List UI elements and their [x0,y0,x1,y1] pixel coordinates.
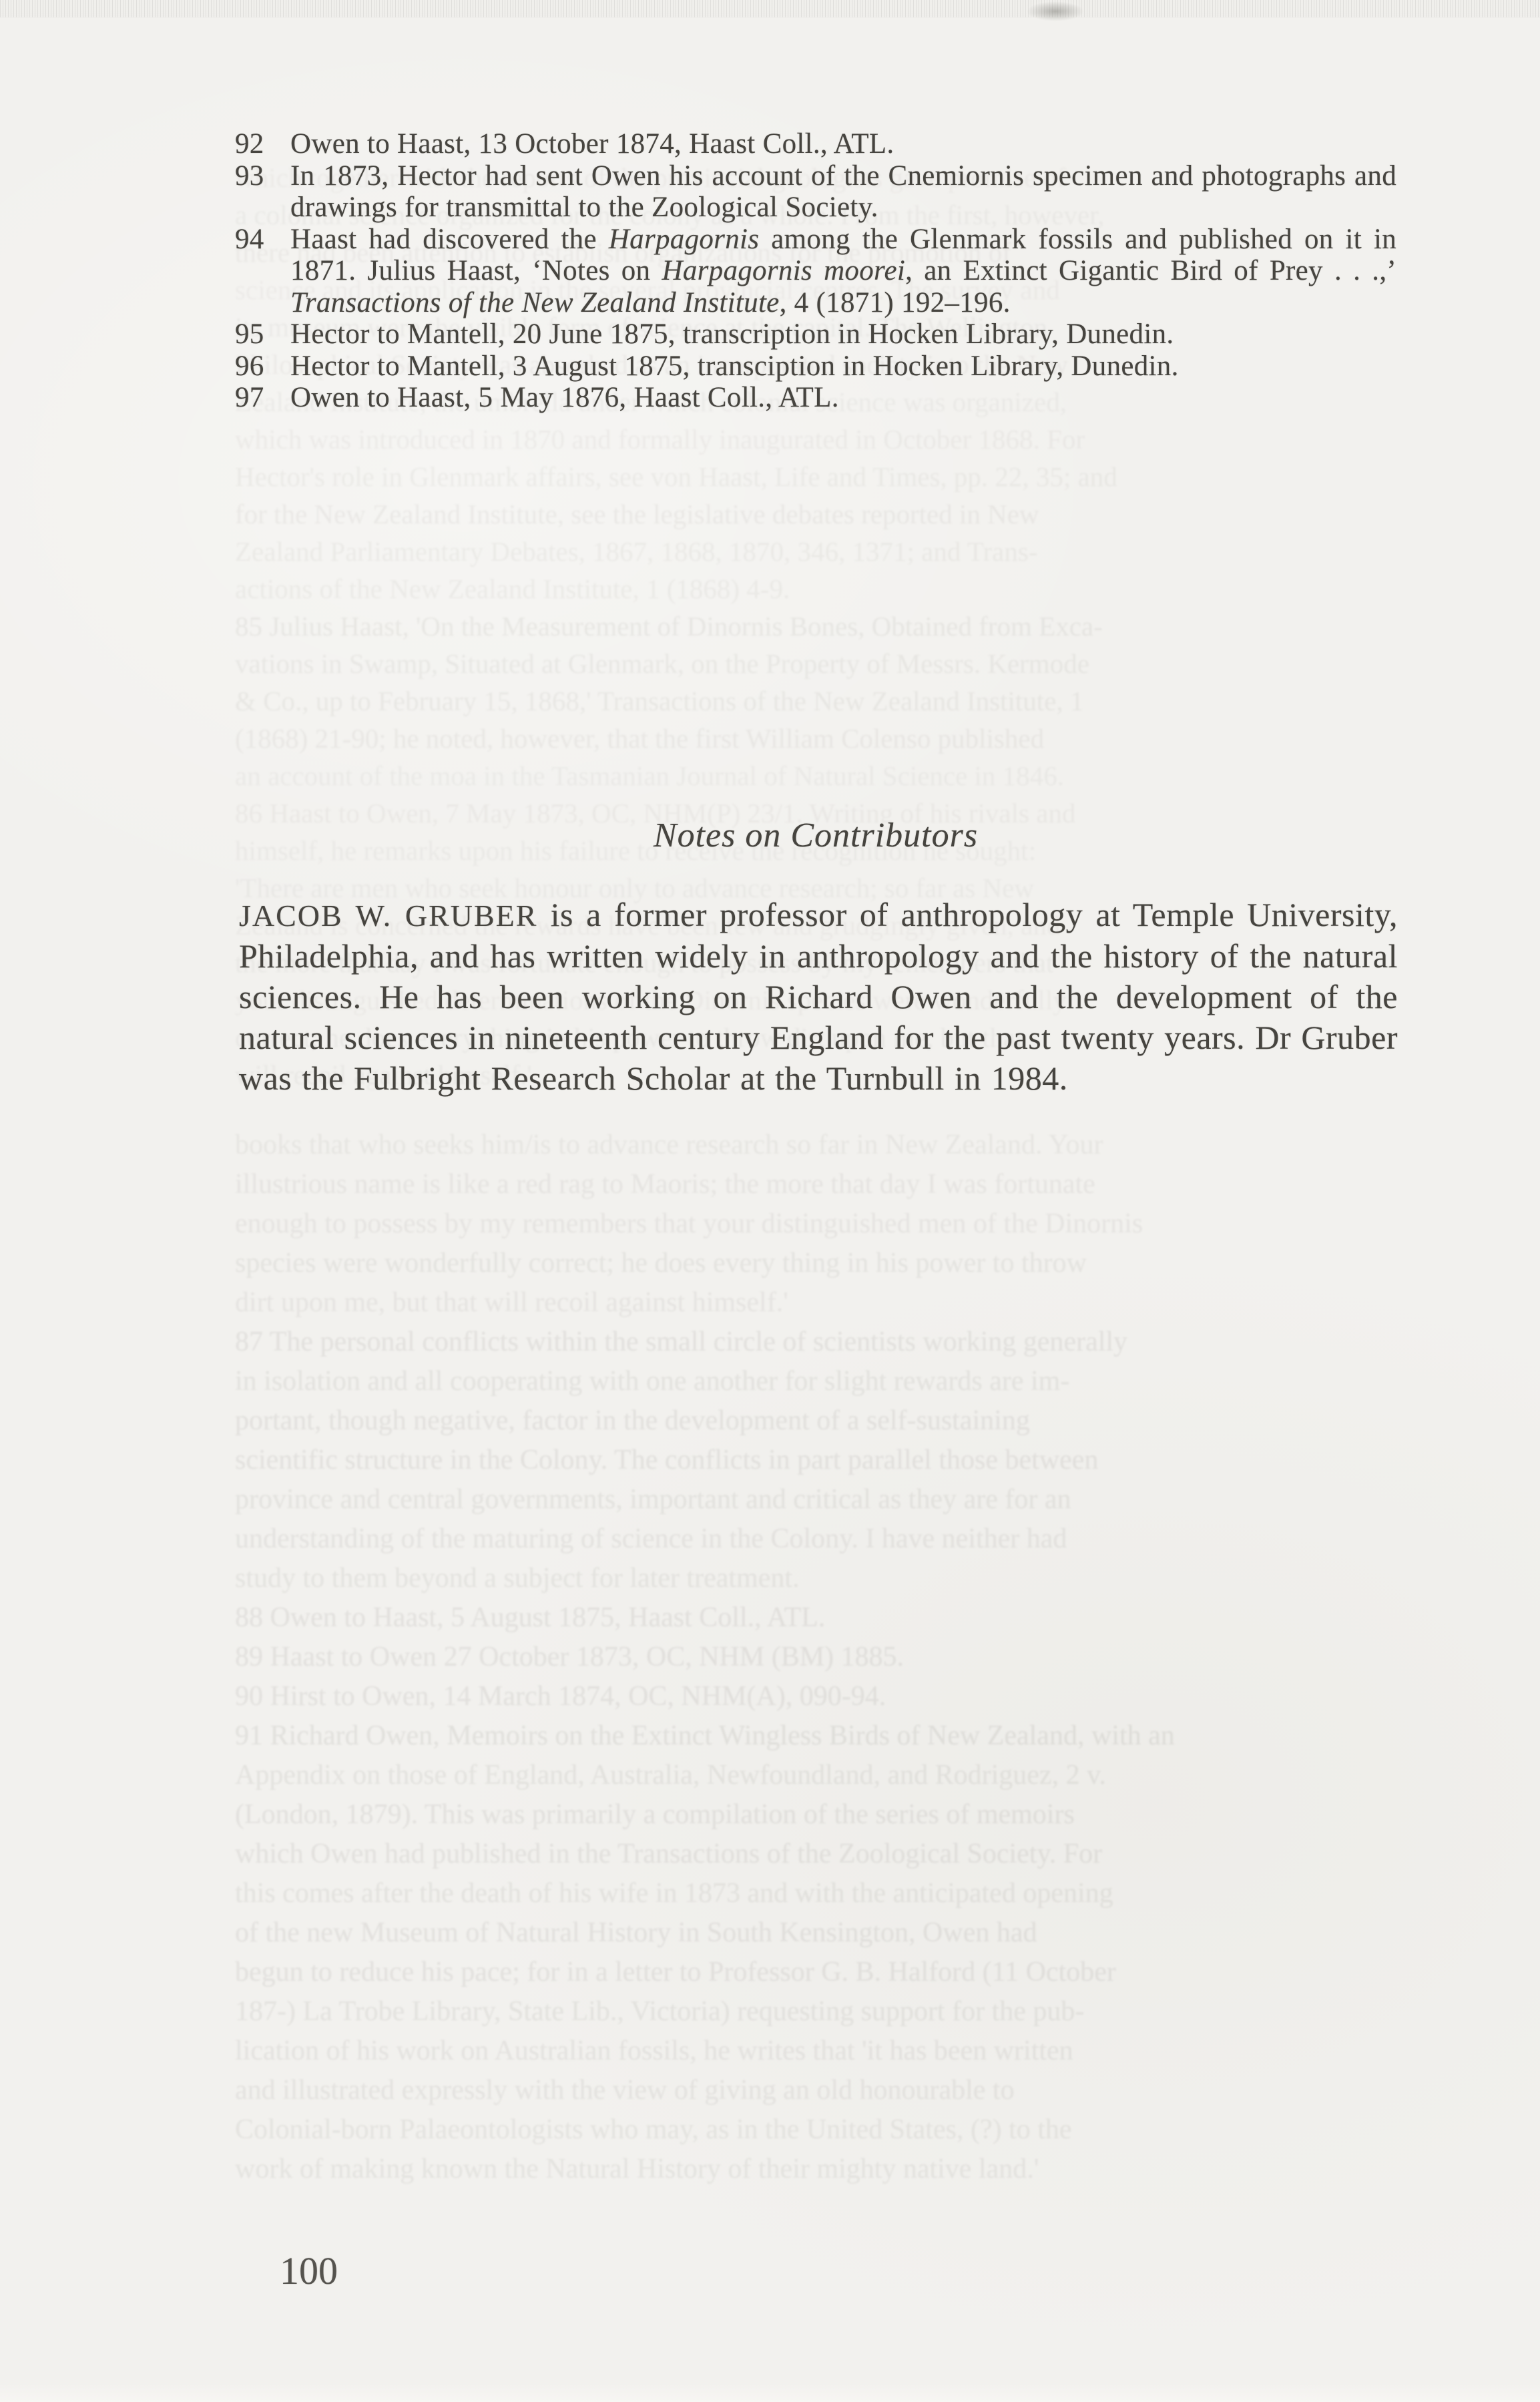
endnote-item: 92Owen to Haast, 13 October 1874, Haast … [235,128,1396,160]
page-number: 100 [280,2251,338,2291]
endnote-number: 97 [235,382,264,414]
endnote-number: 95 [235,318,264,350]
endnote-item: 93In 1873, Hector had sent Owen his acco… [235,160,1396,224]
endnote-text: Hector to Mantell, 3 August 1875, transc… [290,350,1179,382]
contributor-paragraph: JACOB W. GRUBER is a former professor of… [239,895,1398,1099]
endnotes-list: 92Owen to Haast, 13 October 1874, Haast … [235,128,1396,414]
endnote-number: 93 [235,160,264,192]
scan-smudge [1027,1,1084,21]
endnote-item: 95Hector to Mantell, 20 June 1875, trans… [235,318,1396,350]
endnote-number: 94 [235,224,264,256]
endnote-number: 96 [235,350,264,383]
endnote-text: Owen to Haast, 13 October 1874, Haast Co… [290,128,894,160]
endnote-text: Hector to Mantell, 20 June 1875, transcr… [290,318,1174,350]
scan-edge-top [0,0,1540,17]
endnote-item: 96Hector to Mantell, 3 August 1875, tran… [235,350,1396,383]
scan-edge-bottom [0,2383,1540,2402]
endnote-item: 97Owen to Haast, 5 May 1876, Haast Coll.… [235,382,1396,414]
endnote-text: Owen to Haast, 5 May 1876, Haast Coll., … [290,382,839,413]
book-page: which together with the reports of the p… [0,0,1540,2402]
endnote-text: Haast had discovered the Harpagornis amo… [290,224,1396,318]
endnote-number: 92 [235,128,264,160]
bleedthrough-text-lower: books that who seeks him/is to advance r… [235,1126,1396,2189]
endnote-item: 94Haast had discovered the Harpagornis a… [235,224,1396,319]
endnote-text: In 1873, Hector had sent Owen his accoun… [290,160,1396,224]
section-heading: Notes on Contributors [235,816,1396,856]
